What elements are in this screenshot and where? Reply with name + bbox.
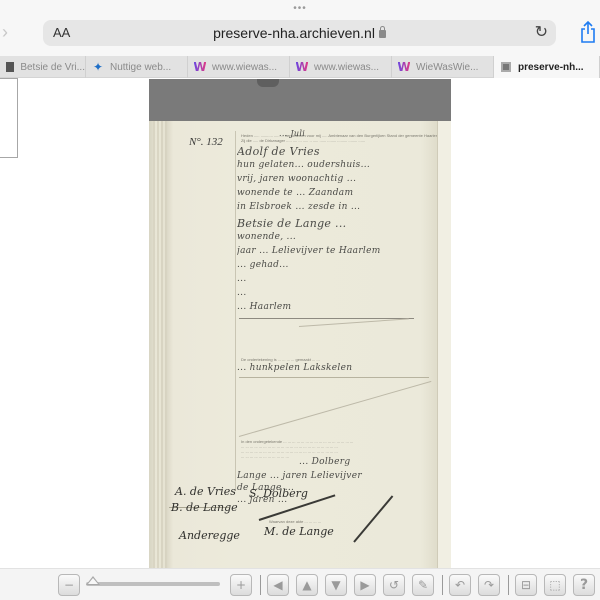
separator — [508, 575, 509, 595]
tab-wiewaswie[interactable]: W WieWasWie... — [392, 56, 494, 78]
url-field[interactable]: preserve-nha.archieven.nl — [43, 25, 556, 41]
printed-text: Zij die ..... de Dirkzwager ..... .... .… — [241, 138, 437, 143]
signatures: A. de Vries B. de Lange S. Dolberg Ander… — [169, 491, 429, 566]
pan-right-button[interactable]: ▶ — [354, 574, 376, 596]
tab-bar: Betsie de Vri... ✦ Nuttige web... W www.… — [0, 56, 600, 78]
signature: B. de Lange — [171, 501, 238, 514]
tab-nuttige[interactable]: ✦ Nuttige web... — [86, 56, 188, 78]
page-icon — [501, 62, 511, 72]
handwritten-line: vrij, jaren woonachtig ... — [237, 174, 437, 184]
handwritten-line: ... Dolberg — [299, 457, 429, 467]
reset-button[interactable]: ↺ — [383, 574, 405, 596]
handwritten-line: ... gehad... — [237, 260, 437, 270]
reload-icon[interactable]: ↻ — [535, 22, 548, 42]
zoom-in-button[interactable]: + — [230, 574, 252, 596]
signature-flourish — [353, 495, 393, 542]
tab-wiewas-1[interactable]: W www.wiewas... — [188, 56, 290, 78]
rotate-right-button[interactable]: ↷ — [478, 574, 500, 596]
signature: M. de Lange — [264, 525, 334, 538]
help-button[interactable]: ? — [573, 574, 595, 596]
annotation-line: ... hunkpelen Lakskelen — [237, 363, 437, 373]
tab-betsie[interactable]: Betsie de Vri... — [0, 56, 86, 78]
handwritten-line: Adolf de Vries — [237, 145, 320, 158]
page-edges — [153, 121, 167, 568]
handwritten-line: wonende, ... — [237, 232, 437, 242]
viewer-toolbar: − + ◀ ▲ ▼ ▶ ↺ ✎ ↶ ↷ ⊟ ⬚ ? — [0, 568, 600, 600]
url-text: preserve-nha.archieven.nl — [213, 25, 375, 41]
tab-wiewas-2[interactable]: W www.wiewas... — [290, 56, 392, 78]
handwritten-line: ... — [237, 288, 437, 298]
handwritten-line: ... — [237, 274, 437, 284]
signature: A. de Vries — [175, 485, 236, 498]
browser-chrome: ••• › AA preserve-nha.archieven.nl ↻ — [0, 0, 600, 56]
forward-icon[interactable]: › — [2, 22, 16, 42]
pan-left-button[interactable]: ◀ — [267, 574, 289, 596]
handwritten-line: in Elsbroek ... zesde in ... — [237, 202, 437, 212]
strike-line — [239, 381, 432, 437]
handwritten-date: ... Juli — [279, 129, 305, 138]
handwritten-line: hun gelaten... oudershuis... — [237, 160, 437, 170]
margin-line — [235, 131, 236, 491]
lock-icon — [379, 30, 386, 38]
pan-up-button[interactable]: ▲ — [296, 574, 318, 596]
rule — [239, 377, 429, 378]
handwritten-line: wonende te ... Zaandam — [237, 188, 437, 198]
strike-line — [299, 318, 409, 327]
fit-button[interactable]: ⊟ — [515, 574, 537, 596]
handwritten-line: Betsie de Lange ... — [237, 217, 437, 230]
side-panel — [0, 78, 18, 158]
image-viewer[interactable]: N°. 132 Heden ..... ........... ........… — [149, 79, 451, 568]
signature: Anderegge — [179, 529, 240, 542]
zoom-out-button[interactable]: − — [58, 574, 80, 596]
zoom-slider-thumb[interactable] — [86, 576, 100, 585]
document-icon — [6, 62, 14, 72]
wiewaswie-icon: W — [398, 61, 410, 73]
address-bar[interactable]: AA preserve-nha.archieven.nl ↻ — [43, 20, 556, 46]
rotate-left-button[interactable]: ↶ — [449, 574, 471, 596]
printed-text: De ondertekening is ... ... ... ... gema… — [241, 357, 361, 362]
wiewaswie-icon: W — [296, 61, 308, 73]
scanned-register-page: N°. 132 Heden ..... ........... ........… — [149, 121, 451, 568]
handwritten-line: jaar ... Lelievijver te Haarlem — [237, 246, 437, 256]
handwritten-line: Lange ... jaren Lelievijver — [237, 471, 432, 481]
wiewaswie-icon: W — [194, 61, 206, 73]
facing-page-edge — [437, 121, 451, 568]
record-number: N°. 132 — [189, 136, 223, 148]
share-icon[interactable] — [580, 20, 596, 44]
pan-down-button[interactable]: ▼ — [325, 574, 347, 596]
bird-logo-icon: ✦ — [92, 61, 104, 73]
pin-button[interactable]: ✎ — [412, 574, 434, 596]
more-indicator[interactable]: ••• — [0, 4, 600, 14]
select-area-button[interactable]: ⬚ — [544, 574, 566, 596]
signature: S. Dolberg — [249, 487, 308, 500]
separator — [442, 575, 443, 595]
separator — [260, 575, 261, 595]
zoom-slider[interactable] — [86, 582, 220, 586]
handwritten-line: ... Haarlem — [237, 302, 437, 312]
binder-clip — [257, 79, 279, 87]
tab-preserve-nha[interactable]: preserve-nh... — [494, 56, 600, 78]
